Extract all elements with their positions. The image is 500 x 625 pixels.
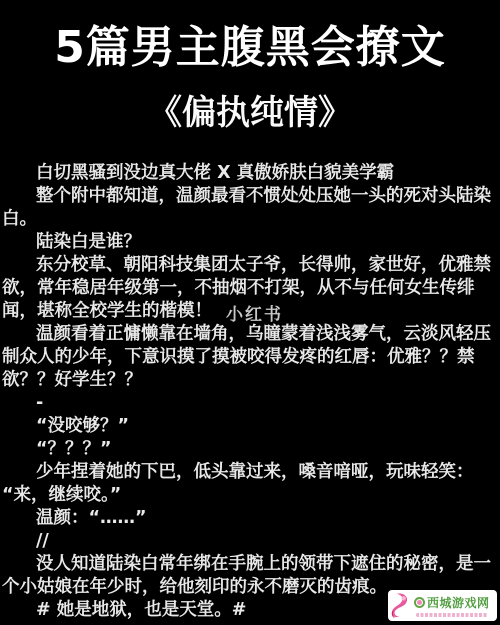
- site-watermark-text-block: 西城游戏网: [414, 594, 490, 617]
- xiaohongshu-watermark: 小红书: [226, 300, 283, 325]
- body-text: 白切黑骚到没边真大佬 X 真傲娇肤白貌美学霸整个附中都知道，温颜最看不惯处处压她…: [2, 162, 494, 622]
- site-watermark-label: 西城游戏网: [427, 594, 490, 611]
- body-line: 欲，常年稳居年级第一，不抽烟不打架，从不与任何女生传绯: [2, 277, 494, 300]
- body-line: “？？？”: [2, 438, 494, 461]
- body-line: 少年捏着她的下巴，低头靠过来，嗓音喑哑，玩味轻笑：: [2, 461, 494, 484]
- page-title: 5篇男主腹黑会撩文: [0, 22, 500, 74]
- wreath-icon: [414, 597, 425, 608]
- body-line: 欲？？好学生？？: [2, 369, 494, 392]
- body-line: 陆染白是谁？: [2, 231, 494, 254]
- body-line: 没人知道陆染白常年绑在手腕上的领带下遮住的秘密，是一: [2, 553, 494, 576]
- book-title: 《偏执纯情》: [0, 93, 500, 134]
- body-line: 白切黑骚到没边真大佬 X 真傲娇肤白貌美学霸: [2, 162, 494, 185]
- body-line: 整个附中都知道，温颜最看不惯处处压她一头的死对头陆染: [2, 185, 494, 208]
- body-line: 制众人的少年，下意识摸了摸被咬得发疼的红唇：优雅？？禁: [2, 346, 494, 369]
- body-line: 东分校草、朝阳科技集团太子爷，长得帅，家世好，优雅禁: [2, 254, 494, 277]
- body-line: 白。: [2, 208, 494, 231]
- body-line: 温颜：“……”: [2, 507, 494, 530]
- ribbon-logo-icon: [390, 592, 412, 619]
- body-line: -: [2, 392, 494, 415]
- body-line: //: [2, 530, 494, 553]
- site-watermark-smallprint: [416, 613, 488, 617]
- body-line: 温颜看着正慵懒靠在墙角，乌瞳蒙着浅浅雾气，云淡风轻压: [2, 323, 494, 346]
- site-watermark: 西城游戏网: [388, 590, 497, 621]
- post-image: 5篇男主腹黑会撩文 《偏执纯情》 白切黑骚到没边真大佬 X 真傲娇肤白貌美学霸整…: [0, 0, 500, 625]
- body-line: “没咬够？”: [2, 415, 494, 438]
- body-line: “来，继续咬。”: [2, 484, 494, 507]
